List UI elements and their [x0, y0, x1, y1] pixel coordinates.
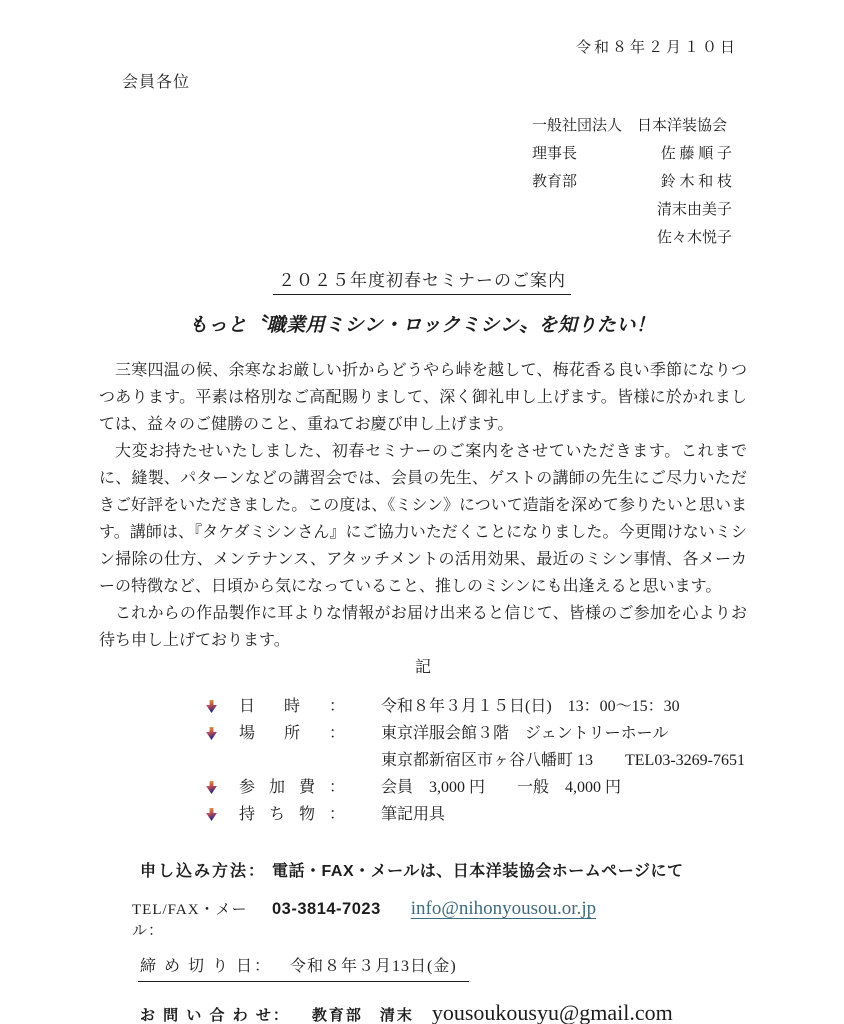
detail-value: 会員 3,000 円 一般 4,000 円	[381, 774, 621, 801]
detail-row-address: 東京都新宿区市ヶ谷八幡町 13 TEL03-3269-7651	[205, 747, 844, 774]
title-wrap: ２０２５年度初春セミナーのご案内	[0, 266, 844, 295]
down-arrow-bullet-icon	[205, 808, 218, 821]
detail-label: 持ち物：	[239, 801, 345, 828]
body-paragraph: 三寒四温の候、余寒なお厳しい折からどうやら峠を越して、梅花香る良い季節になりつつ…	[99, 357, 747, 438]
sender-role: 教育部	[532, 168, 577, 196]
deadline-underline-wrap: 締 め 切 り 日： 令和８年３月13日(金)	[138, 953, 469, 982]
contact-email: yousoukousyu@gmail.com	[432, 1000, 673, 1024]
letter-body: 三寒四温の候、余寒なお厳しい折からどうやら峠を越して、梅花香る良い季節になりつつ…	[99, 357, 747, 681]
telfax-label: TEL/FAX・メール：	[132, 898, 272, 940]
sender-org: 一般社団法人 日本洋装協会	[532, 112, 732, 140]
contact-row: お 問 い 合 わ せ： 教育部 清末 yousoukousyu@gmail.c…	[132, 1000, 844, 1024]
sender-name: 鈴 木 和 枝	[661, 168, 732, 196]
association-email-link[interactable]: info@nihonyousou.or.jp	[411, 898, 596, 920]
record-marker: 記	[99, 654, 747, 681]
sender-name: 清末由美子	[657, 196, 732, 224]
deadline-label: 締 め 切 り 日：	[140, 958, 272, 975]
sender-name: 佐 藤 順 子	[661, 140, 732, 168]
body-paragraph: 大変お持たせいたしました、初春セミナーのご案内をさせていただきます。これまでに、…	[99, 438, 747, 600]
application-method-label: 申し込み方法：	[140, 858, 272, 881]
sender-block: 一般社団法人 日本洋装協会 理事長 佐 藤 順 子 教育部 鈴 木 和 枝 清末…	[532, 112, 732, 252]
detail-row-datetime: 日時： 令和８年３月１５日(日) 13：00～15：30	[205, 693, 844, 720]
detail-value: 東京都新宿区市ヶ谷八幡町 13 TEL03-3269-7651	[381, 747, 745, 774]
contact-person: 教育部 清末	[312, 1004, 414, 1024]
page-title: ２０２５年度初春セミナーのご案内	[273, 266, 571, 295]
deadline-row: 締 め 切 り 日： 令和８年３月13日(金)	[132, 953, 844, 982]
sender-person: 教育部 鈴 木 和 枝	[532, 168, 732, 196]
detail-value: 令和８年３月１５日(日) 13：00～15：30	[381, 693, 680, 720]
detail-row-items: 持ち物： 筆記用具	[205, 801, 844, 828]
application-section: 申し込み方法： 電話・FAX・メールは、日本洋装協会ホームページにて TEL/F…	[132, 858, 844, 1024]
down-arrow-bullet-icon	[205, 781, 218, 794]
detail-value: 筆記用具	[381, 801, 445, 828]
down-arrow-bullet-icon	[205, 727, 218, 740]
detail-row-fee: 参加費： 会員 3,000 円 一般 4,000 円	[205, 774, 844, 801]
detail-label: 参加費：	[239, 774, 345, 801]
contact-label: お 問 い 合 わ せ：	[140, 1004, 290, 1024]
addressee: 会員各位	[0, 57, 844, 92]
detail-label: 日時：	[239, 693, 345, 720]
down-arrow-bullet-icon	[205, 700, 218, 713]
application-method-value: 電話・FAX・メールは、日本洋装協会ホームページにて	[272, 858, 683, 881]
sender-person: 清末由美子	[532, 196, 732, 224]
application-method-row: 申し込み方法： 電話・FAX・メールは、日本洋装協会ホームページにて	[140, 858, 844, 881]
sender-person: 佐々木悦子	[532, 224, 732, 252]
seminar-details-list: 日時： 令和８年３月１５日(日) 13：00～15：30 場所： 東京洋服会館３…	[205, 693, 844, 828]
body-paragraph: これからの作品製作に耳よりな情報がお届け出来ると信じて、皆様のご参加を心よりお待…	[99, 600, 747, 654]
telfax-number: 03-3814-7023	[272, 900, 381, 919]
sender-name: 佐々木悦子	[657, 224, 732, 252]
telfax-row: TEL/FAX・メール： 03-3814-7023 info@nihonyous…	[132, 898, 844, 940]
detail-value: 東京洋服会館３階 ジェントリーホール	[381, 720, 668, 747]
sender-org-name: 一般社団法人 日本洋装協会	[532, 112, 727, 140]
detail-label: 場所：	[239, 720, 345, 747]
deadline-value: 令和８年３月13日(金)	[290, 958, 457, 975]
sender-person: 理事長 佐 藤 順 子	[532, 140, 732, 168]
sender-role: 理事長	[532, 140, 577, 168]
page-subtitle: もっと〝職業用ミシン・ロックミシン〟を知りたい！	[0, 310, 844, 337]
letter-page: 令和８年２月１０日 会員各位 一般社団法人 日本洋装協会 理事長 佐 藤 順 子…	[0, 0, 844, 1024]
detail-row-place: 場所： 東京洋服会館３階 ジェントリーホール	[205, 720, 844, 747]
document-date: 令和８年２月１０日	[0, 0, 844, 57]
